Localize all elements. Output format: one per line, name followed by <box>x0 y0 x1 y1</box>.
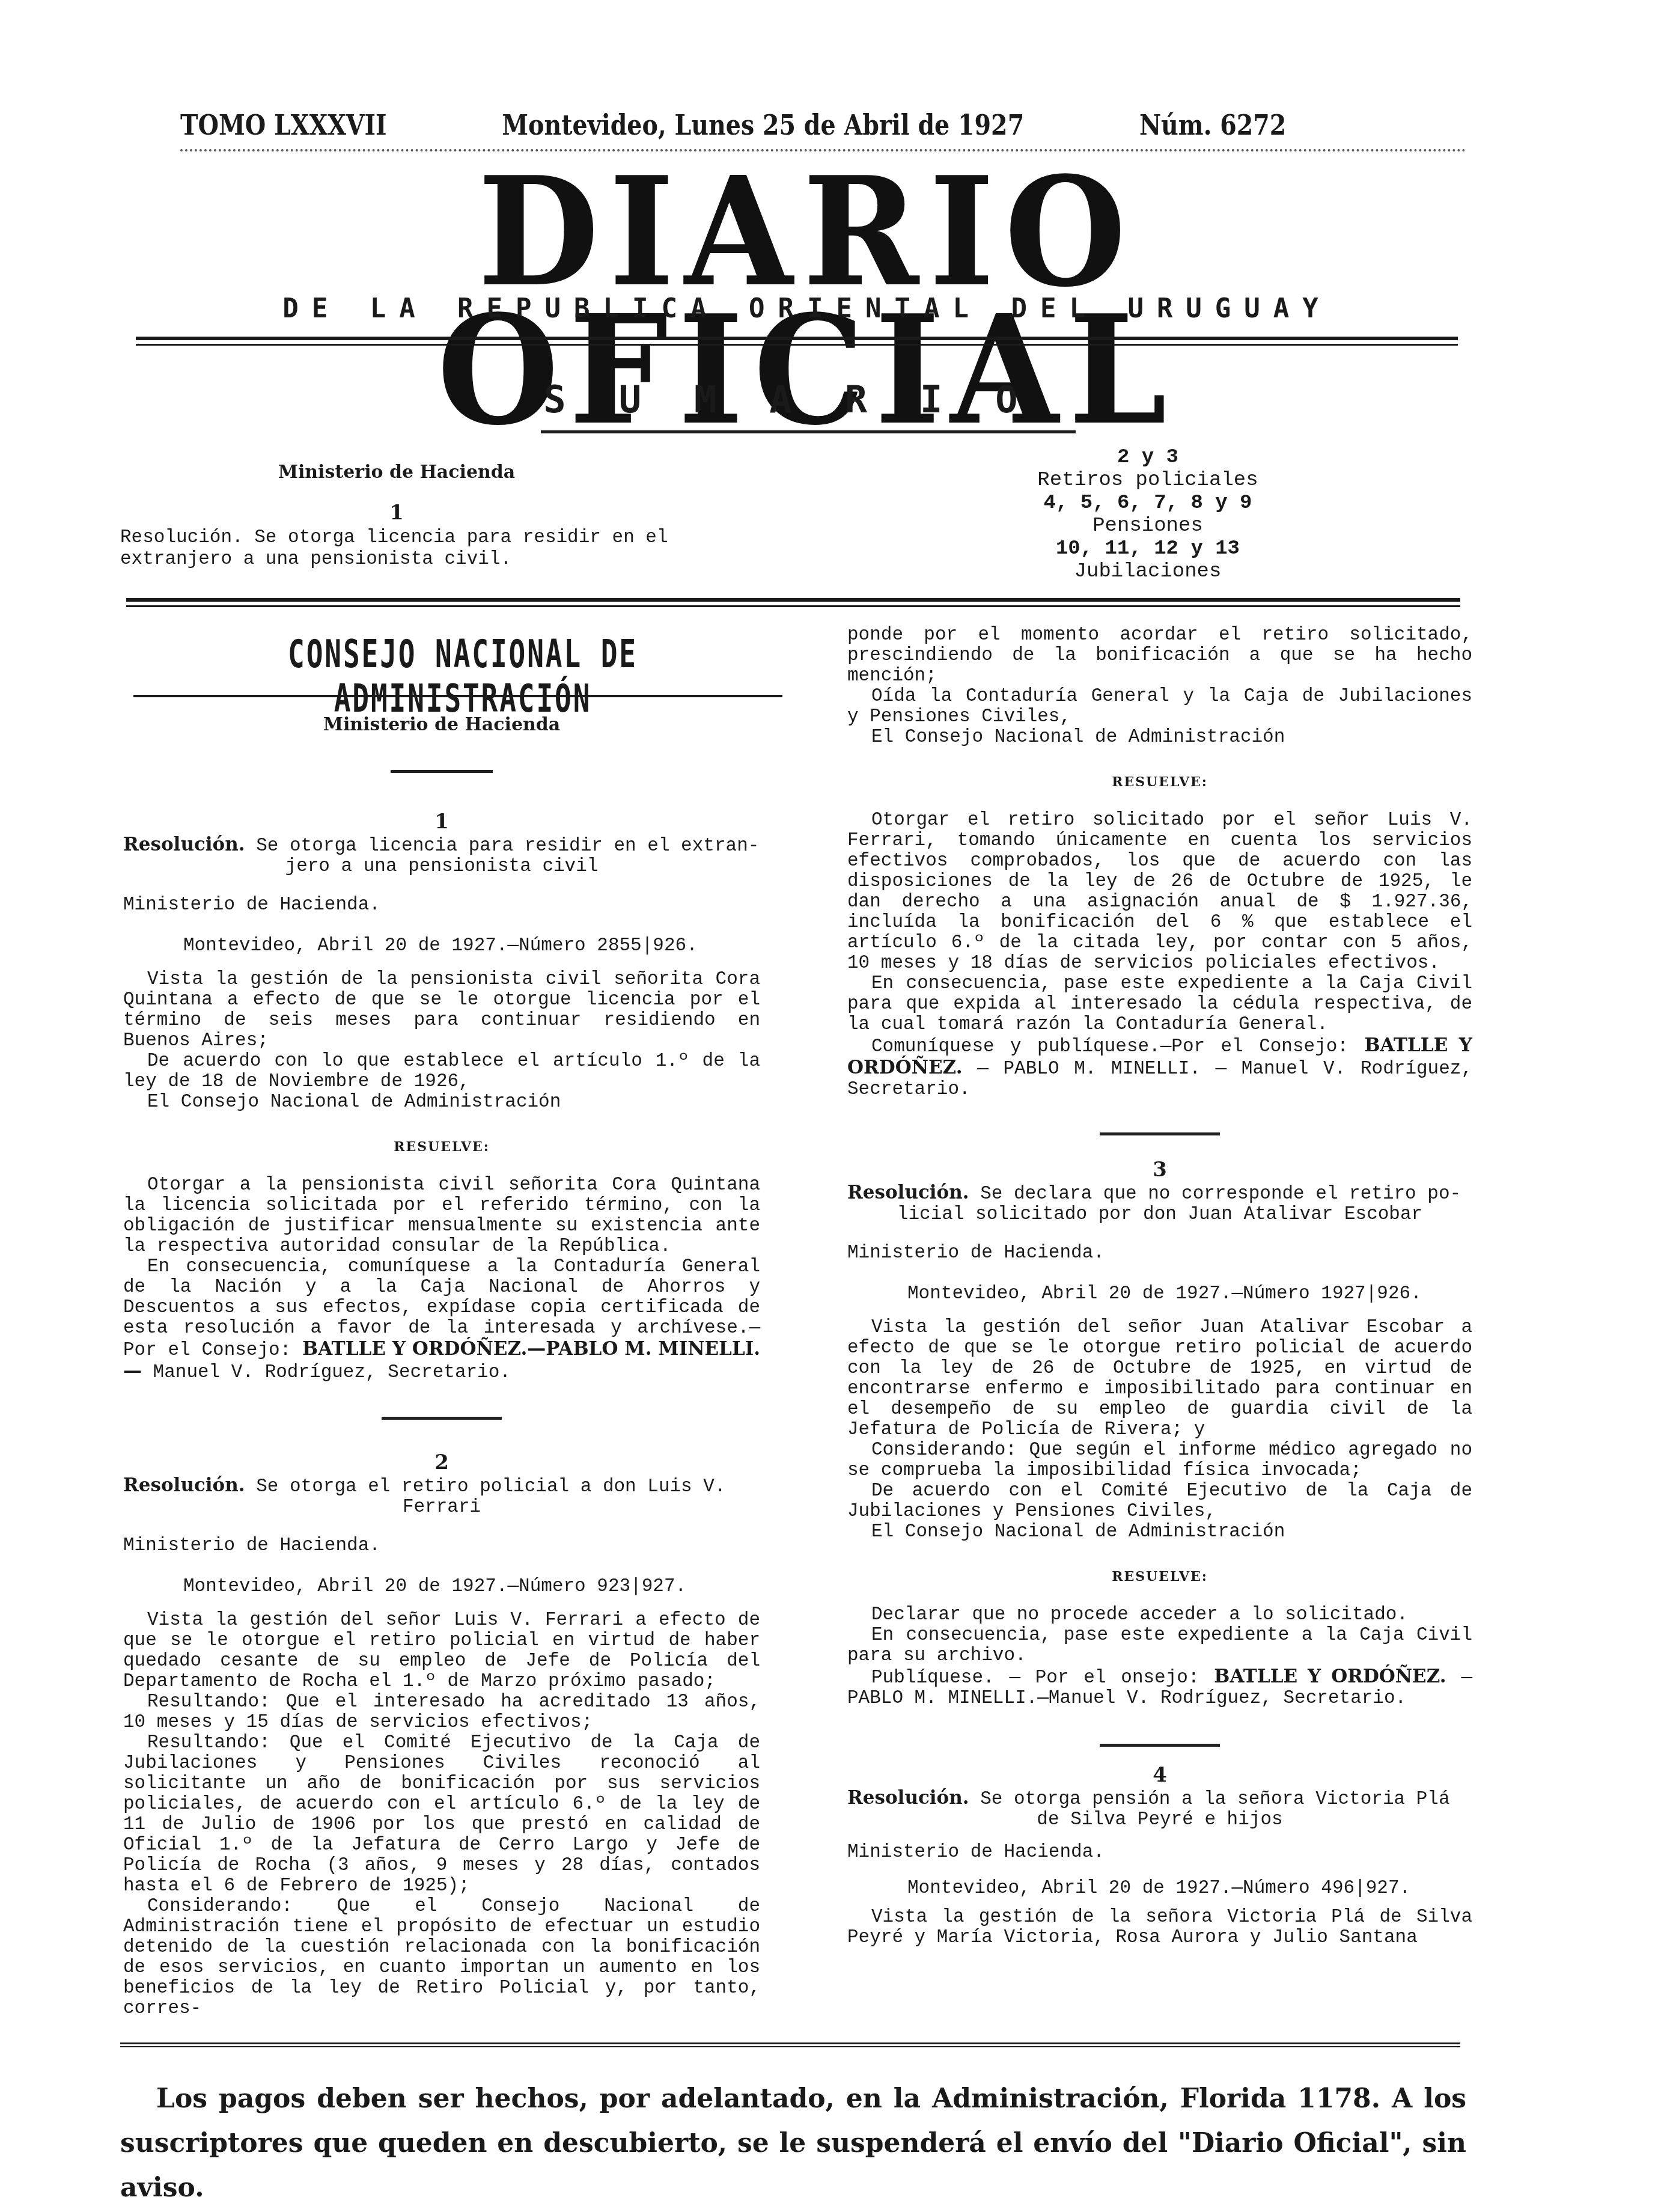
volume-label: TOMO LXXXVII <box>180 109 387 141</box>
resolution-title: Resolución. Se otorga licencia para resi… <box>123 834 760 857</box>
paragraph: Vista la gestión de la pensionista civil… <box>123 970 760 1051</box>
divider <box>541 430 1076 433</box>
dateline: Montevideo, Abril 20 de 1927.—Número 285… <box>123 936 760 956</box>
summary-right: 2 y 3 Retiros policiales 4, 5, 6, 7, 8 y… <box>980 446 1316 583</box>
resolution-title-cont: Ferrari <box>123 1497 760 1518</box>
summary-group-numbers: 2 y 3 <box>980 446 1316 469</box>
summary-group: 2 y 3 Retiros policiales <box>980 446 1316 492</box>
summary-left: Ministerio de Hacienda 1 Resolución. Se … <box>120 457 757 570</box>
summary-group: 4, 5, 6, 7, 8 y 9 Pensiones <box>980 492 1316 537</box>
summary-group-label: Retiros policiales <box>980 469 1316 492</box>
resolution-number: 1 <box>123 811 760 832</box>
paragraph: Otorgar a la pensionista civil señorita … <box>123 1175 760 1257</box>
summary-item-number: 1 <box>36 501 757 525</box>
paragraph: El Consejo Nacional de Administración <box>847 727 1472 748</box>
secretary: Manuel V. Rodríguez, Secretario. <box>153 1362 511 1383</box>
masthead-subtitle: DE LA REPUBLICA ORIENTAL DEL URUGUAY <box>167 293 1447 324</box>
dateline: Montevideo, Abril 20 de 1927.—Número 923… <box>123 1577 760 1597</box>
issue-dateline: Montevideo, Lunes 25 de Abril de 1927 <box>502 109 1024 141</box>
issue-info-line: TOMO LXXXVII Montevideo, Lunes 25 de Abr… <box>180 106 1286 144</box>
paragraph: En consecuencia, pase este expediente a … <box>847 974 1472 1035</box>
payment-notice: Los pagos deben ser hechos, por adelanta… <box>120 2077 1466 2210</box>
summary-item-text: Resolución. Se otorga licencia para resi… <box>120 527 745 570</box>
section-ministry: Ministerio de Hacienda <box>123 715 760 735</box>
paragraph: Vista la gestión del señor Juan Atalivar… <box>847 1318 1472 1440</box>
issue-number: Núm. 6272 <box>1139 109 1286 141</box>
ministry-line: Ministerio de Hacienda. <box>847 1243 1472 1263</box>
resuelve-label: RESUELVE: <box>847 1566 1472 1587</box>
paragraph: De acuerdo con el Comité Ejecutivo de la… <box>847 1481 1472 1522</box>
summary-heading: SUMARIO <box>167 377 1447 421</box>
divider <box>391 770 493 773</box>
summary-group-numbers: 10, 11, 12 y 13 <box>980 537 1316 560</box>
paragraph: Considerando: Que el Consejo Nacional de… <box>123 1896 760 2019</box>
summary-ministry: Ministerio de Hacienda <box>36 462 757 483</box>
paragraph: ponde por el momento acordar el retiro s… <box>847 625 1472 686</box>
paragraph: Otorgar el retiro solicitado por el seño… <box>847 810 1472 974</box>
resolution-title: Resolución. Se otorga pensión a la señor… <box>847 1788 1472 1810</box>
signatures: BATLLE Y ORDÓÑEZ. <box>1214 1666 1446 1687</box>
summary-group-label: Jubilaciones <box>980 560 1316 583</box>
paragraph: Declarar que no procede acceder a lo sol… <box>847 1605 1472 1625</box>
resolution-title-cont: jero a una pensionista civil <box>123 857 760 877</box>
resolution-title: Resolución. Se declara que no correspond… <box>847 1182 1472 1205</box>
divider <box>126 598 1460 607</box>
paragraph: Oída la Contaduría General y la Caja de … <box>847 686 1472 727</box>
paragraph: El Consejo Nacional de Administración <box>123 1092 760 1113</box>
paragraph: De acuerdo con lo que establece el artíc… <box>123 1051 760 1092</box>
paragraph: Publíquese. — Por el onsejo: BATLLE Y OR… <box>847 1666 1472 1709</box>
paragraph: Considerando: Que según el informe médic… <box>847 1440 1472 1481</box>
left-column: Ministerio de Hacienda 1 Resolución. Se … <box>123 706 760 2019</box>
divider <box>133 695 782 697</box>
divider <box>120 2042 1460 2047</box>
paragraph: Vista la gestión del señor Luis V. Ferra… <box>123 1610 760 1692</box>
right-column: ponde por el momento acordar el retiro s… <box>847 625 1472 1948</box>
summary-group-label: Pensiones <box>980 515 1316 537</box>
resolution-number: 3 <box>847 1159 1472 1180</box>
dateline: Montevideo, Abril 20 de 1927.—Número 496… <box>847 1878 1472 1899</box>
resuelve-label: RESUELVE: <box>847 772 1472 792</box>
summary-group: 10, 11, 12 y 13 Jubilaciones <box>980 537 1316 583</box>
resuelve-label: RESUELVE: <box>123 1137 760 1157</box>
ministry-line: Ministerio de Hacienda. <box>123 895 760 915</box>
paragraph: Comuníquese y publíquese.—Por el Consejo… <box>847 1035 1472 1100</box>
resolution-title-cont: licial solicitado por don Juan Atalivar … <box>847 1205 1472 1225</box>
paragraph: En consecuencia, pase este expediente a … <box>847 1625 1472 1666</box>
resolution-title-cont: de Silva Peyré e hijos <box>847 1810 1472 1830</box>
dateline: Montevideo, Abril 20 de 1927.—Número 192… <box>847 1284 1472 1304</box>
paragraph: Resultando: Que el Comité Ejecutivo de l… <box>123 1733 760 1896</box>
divider <box>1100 1132 1220 1135</box>
divider <box>136 337 1458 346</box>
divider <box>1100 1744 1220 1747</box>
paragraph: El Consejo Nacional de Administración <box>847 1522 1472 1542</box>
ministry-line: Ministerio de Hacienda. <box>847 1842 1472 1863</box>
divider <box>382 1417 502 1420</box>
paragraph: En consecuencia, comuníquese a la Contad… <box>123 1257 760 1383</box>
paragraph: Vista la gestión de la señora Victoria P… <box>847 1907 1472 1948</box>
ministry-line: Ministerio de Hacienda. <box>123 1536 760 1556</box>
resolution-number: 4 <box>847 1765 1472 1785</box>
resolution-title: Resolución. Se otorga el retiro policial… <box>123 1475 760 1497</box>
paragraph: Resultando: Que el interesado ha acredit… <box>123 1692 760 1733</box>
resolution-number: 2 <box>123 1452 760 1473</box>
summary-group-numbers: 4, 5, 6, 7, 8 y 9 <box>980 492 1316 515</box>
footer-notice: Los pagos deben ser hechos, por adelanta… <box>120 2077 1466 2210</box>
